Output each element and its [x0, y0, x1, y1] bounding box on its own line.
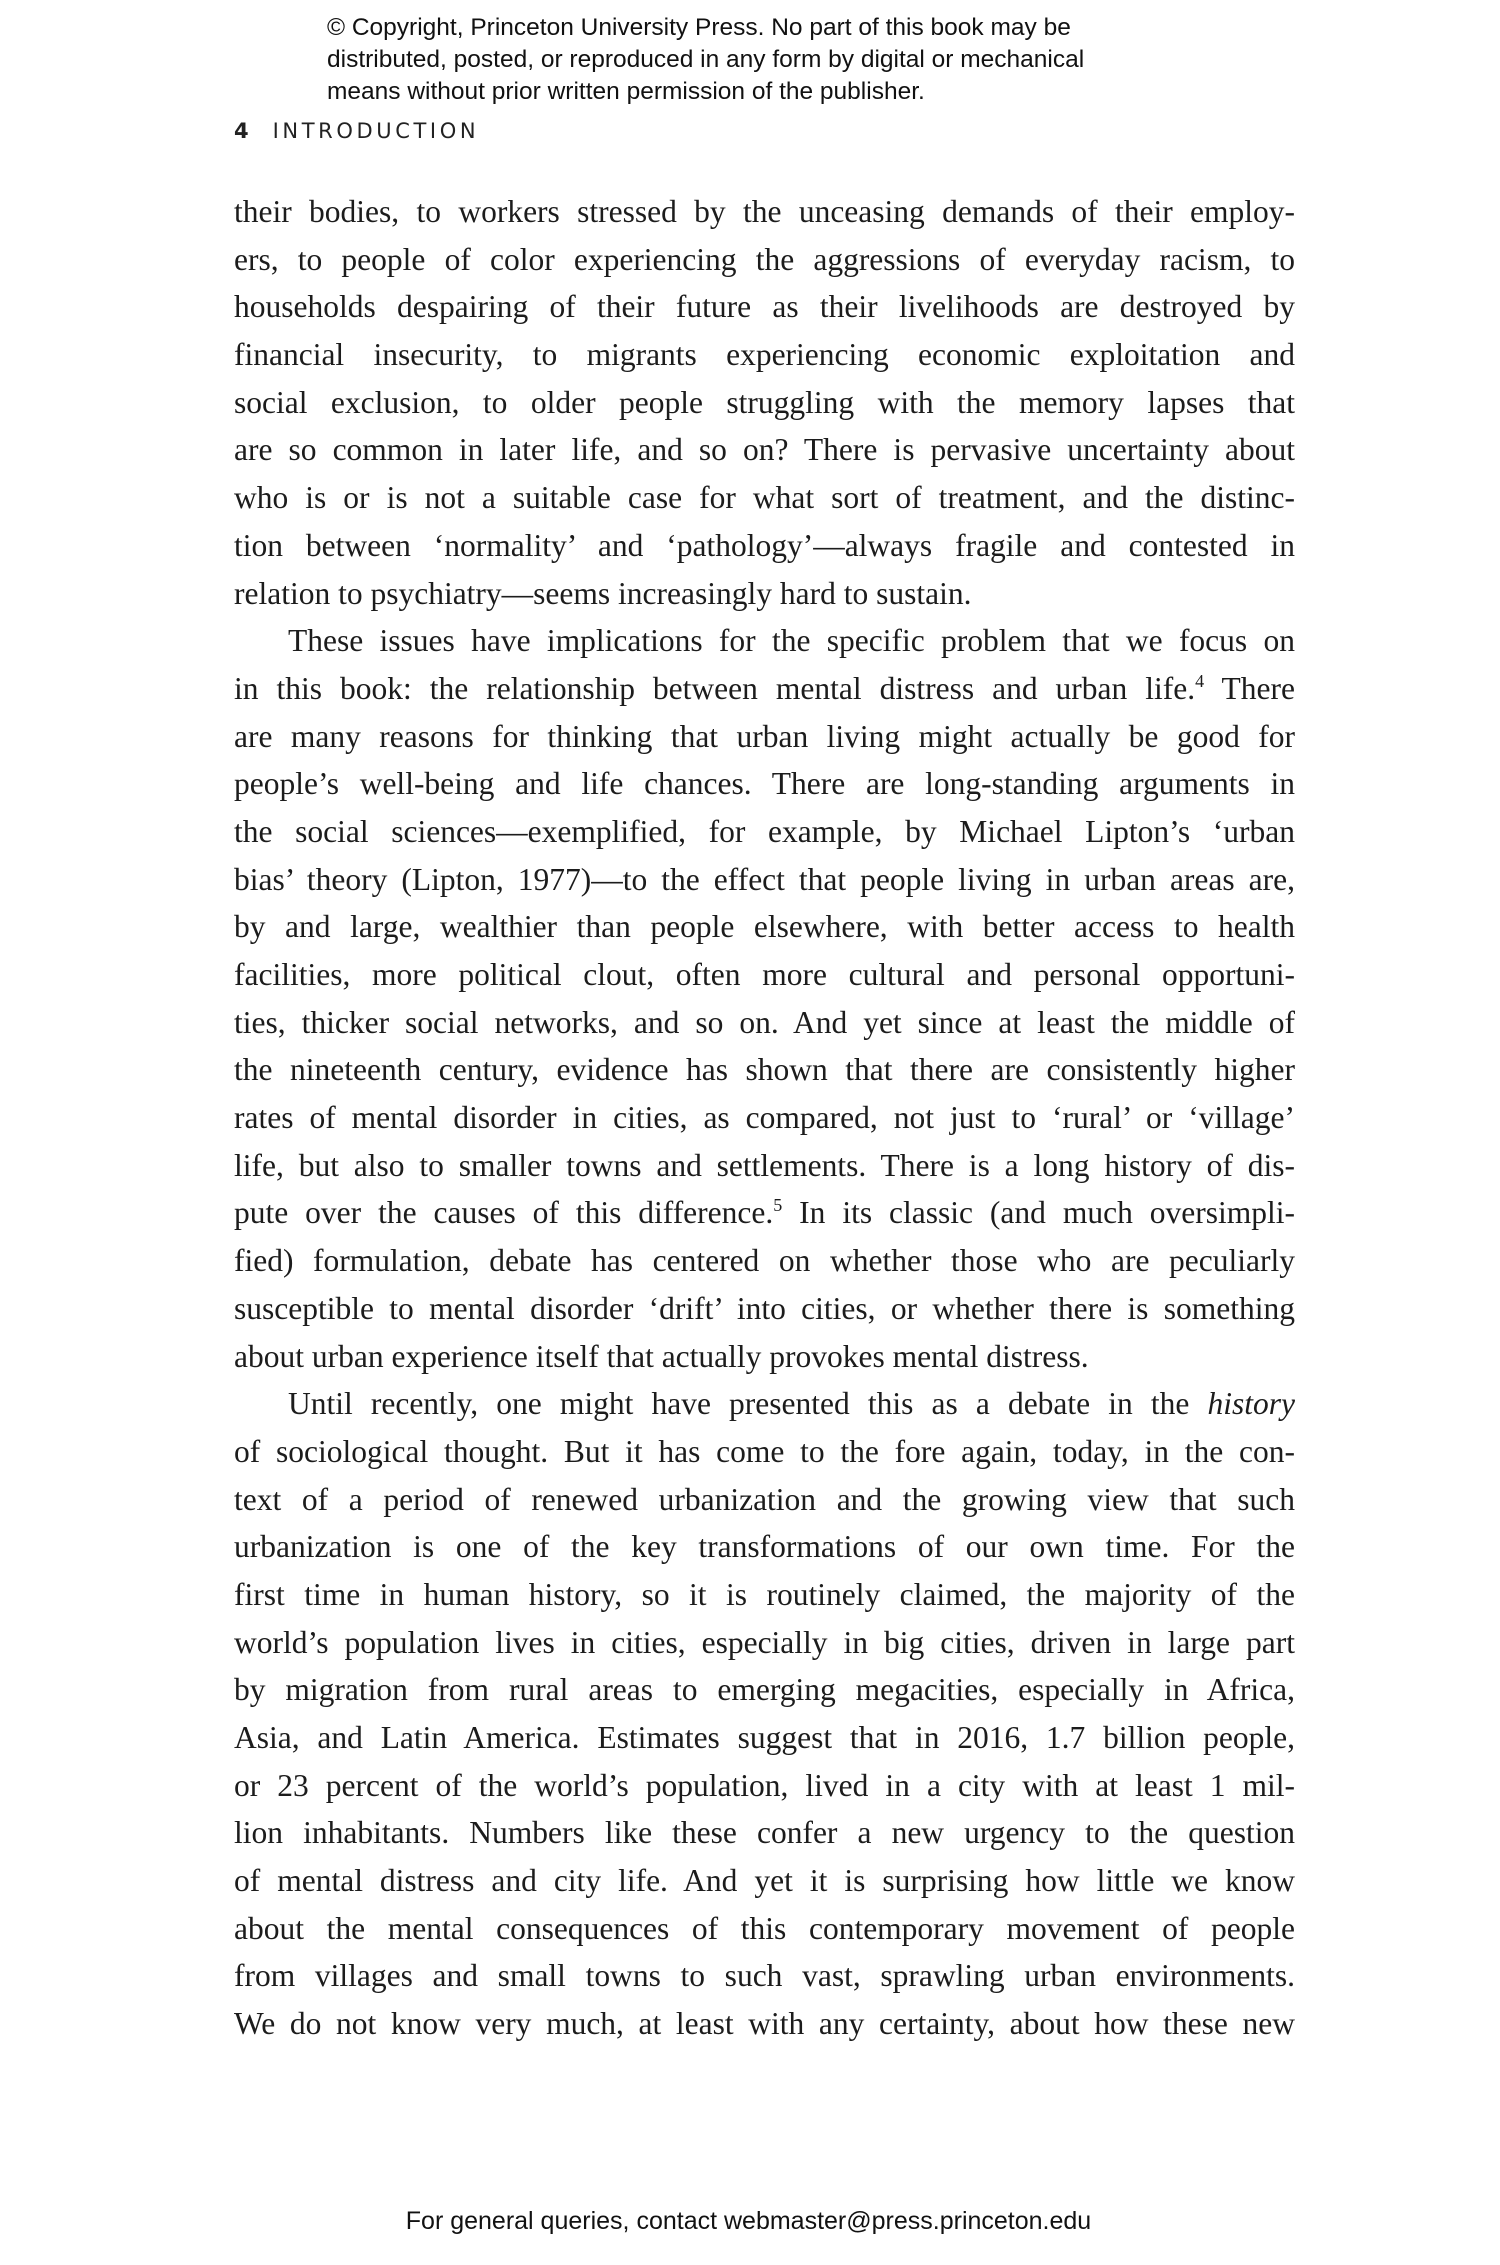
copyright-line: distributed, posted, or reproduced in an… [327, 44, 1187, 76]
text-line: first time in human history, so it is ro… [234, 1571, 1295, 1619]
text-line: ties, thicker social networks, and so on… [234, 999, 1295, 1047]
copyright-line: means without prior written permission o… [327, 76, 1187, 108]
text-line: world’s population lives in cities, espe… [234, 1619, 1295, 1667]
text-segment: pute over the causes of this difference. [234, 1195, 773, 1230]
footnote-marker[interactable]: 5 [773, 1195, 782, 1215]
text-line: lion inhabitants. Numbers like these con… [234, 1809, 1295, 1857]
text-line: relation to psychiatry—seems increasingl… [234, 570, 1295, 618]
text-line: are so common in later life, and so on? … [234, 426, 1295, 474]
text-line: life, but also to smaller towns and sett… [234, 1142, 1295, 1190]
text-line: people’s well-being and life chances. Th… [234, 760, 1295, 808]
text-line: their bodies, to workers stressed by the… [234, 188, 1295, 236]
text-line: households despairing of their future as… [234, 283, 1295, 331]
text-line: the nineteenth century, evidence has sho… [234, 1046, 1295, 1094]
footnote-marker[interactable]: 4 [1195, 671, 1204, 691]
copyright-line: © Copyright, Princeton University Press.… [327, 12, 1187, 44]
running-head: 4INTRODUCTION [234, 116, 479, 146]
text-line: rates of mental disorder in cities, as c… [234, 1094, 1295, 1142]
paragraph: their bodies, to workers stressed by the… [234, 188, 1295, 617]
text-line: financial insecurity, to migrants experi… [234, 331, 1295, 379]
text-line: about urban experience itself that actua… [234, 1333, 1295, 1381]
text-line: by and large, wealthier than people else… [234, 903, 1295, 951]
text-line: ers, to people of color experiencing the… [234, 236, 1295, 284]
text-line: in this book: the relationship between m… [234, 665, 1295, 713]
text-line: by migration from rural areas to emergin… [234, 1666, 1295, 1714]
text-line: urbanization is one of the key transform… [234, 1523, 1295, 1571]
text-segment: Until recently, one might have presented… [288, 1386, 1207, 1421]
emphasis-text: history [1207, 1386, 1295, 1421]
text-line: These issues have implications for the s… [234, 617, 1295, 665]
text-line: susceptible to mental disorder ‘drift’ i… [234, 1285, 1295, 1333]
text-line: We do not know very much, at least with … [234, 2000, 1295, 2048]
text-line: the social sciences—exemplified, for exa… [234, 808, 1295, 856]
text-line: of sociological thought. But it has come… [234, 1428, 1295, 1476]
text-line: are many reasons for thinking that urban… [234, 713, 1295, 761]
text-line: text of a period of renewed urbanization… [234, 1476, 1295, 1524]
paragraph: These issues have implications for the s… [234, 617, 1295, 1380]
page-number: 4 [234, 119, 249, 143]
footer-contact-text: For general queries, contact webmaster@p… [406, 2205, 1091, 2237]
text-line: facilities, more political clout, often … [234, 951, 1295, 999]
text-segment: In its classic (and much oversimpli- [782, 1195, 1295, 1230]
text-line: tion between ‘normality’ and ‘pathology’… [234, 522, 1295, 570]
text-line: about the mental consequences of this co… [234, 1905, 1295, 1953]
text-line: Until recently, one might have presented… [234, 1380, 1295, 1428]
body-text: their bodies, to workers stressed by the… [234, 188, 1295, 2048]
text-line: social exclusion, to older people strugg… [234, 379, 1295, 427]
text-line: Asia, and Latin America. Estimates sugge… [234, 1714, 1295, 1762]
text-line: who is or is not a suitable case for wha… [234, 474, 1295, 522]
text-line: from villages and small towns to such va… [234, 1952, 1295, 2000]
page-footer: For general queries, contact webmaster@p… [0, 2205, 1500, 2237]
text-line: bias’ theory (Lipton, 1977)—to the effec… [234, 856, 1295, 904]
text-segment: in this book: the relationship between m… [234, 671, 1195, 706]
paragraph: Until recently, one might have presented… [234, 1380, 1295, 2048]
text-line: or 23 percent of the world’s population,… [234, 1762, 1295, 1810]
text-segment: There [1204, 671, 1295, 706]
chapter-title: INTRODUCTION [273, 119, 480, 143]
copyright-notice: © Copyright, Princeton University Press.… [327, 12, 1187, 108]
text-line: pute over the causes of this difference.… [234, 1189, 1295, 1237]
text-line: of mental distress and city life. And ye… [234, 1857, 1295, 1905]
text-line: fied) formulation, debate has centered o… [234, 1237, 1295, 1285]
